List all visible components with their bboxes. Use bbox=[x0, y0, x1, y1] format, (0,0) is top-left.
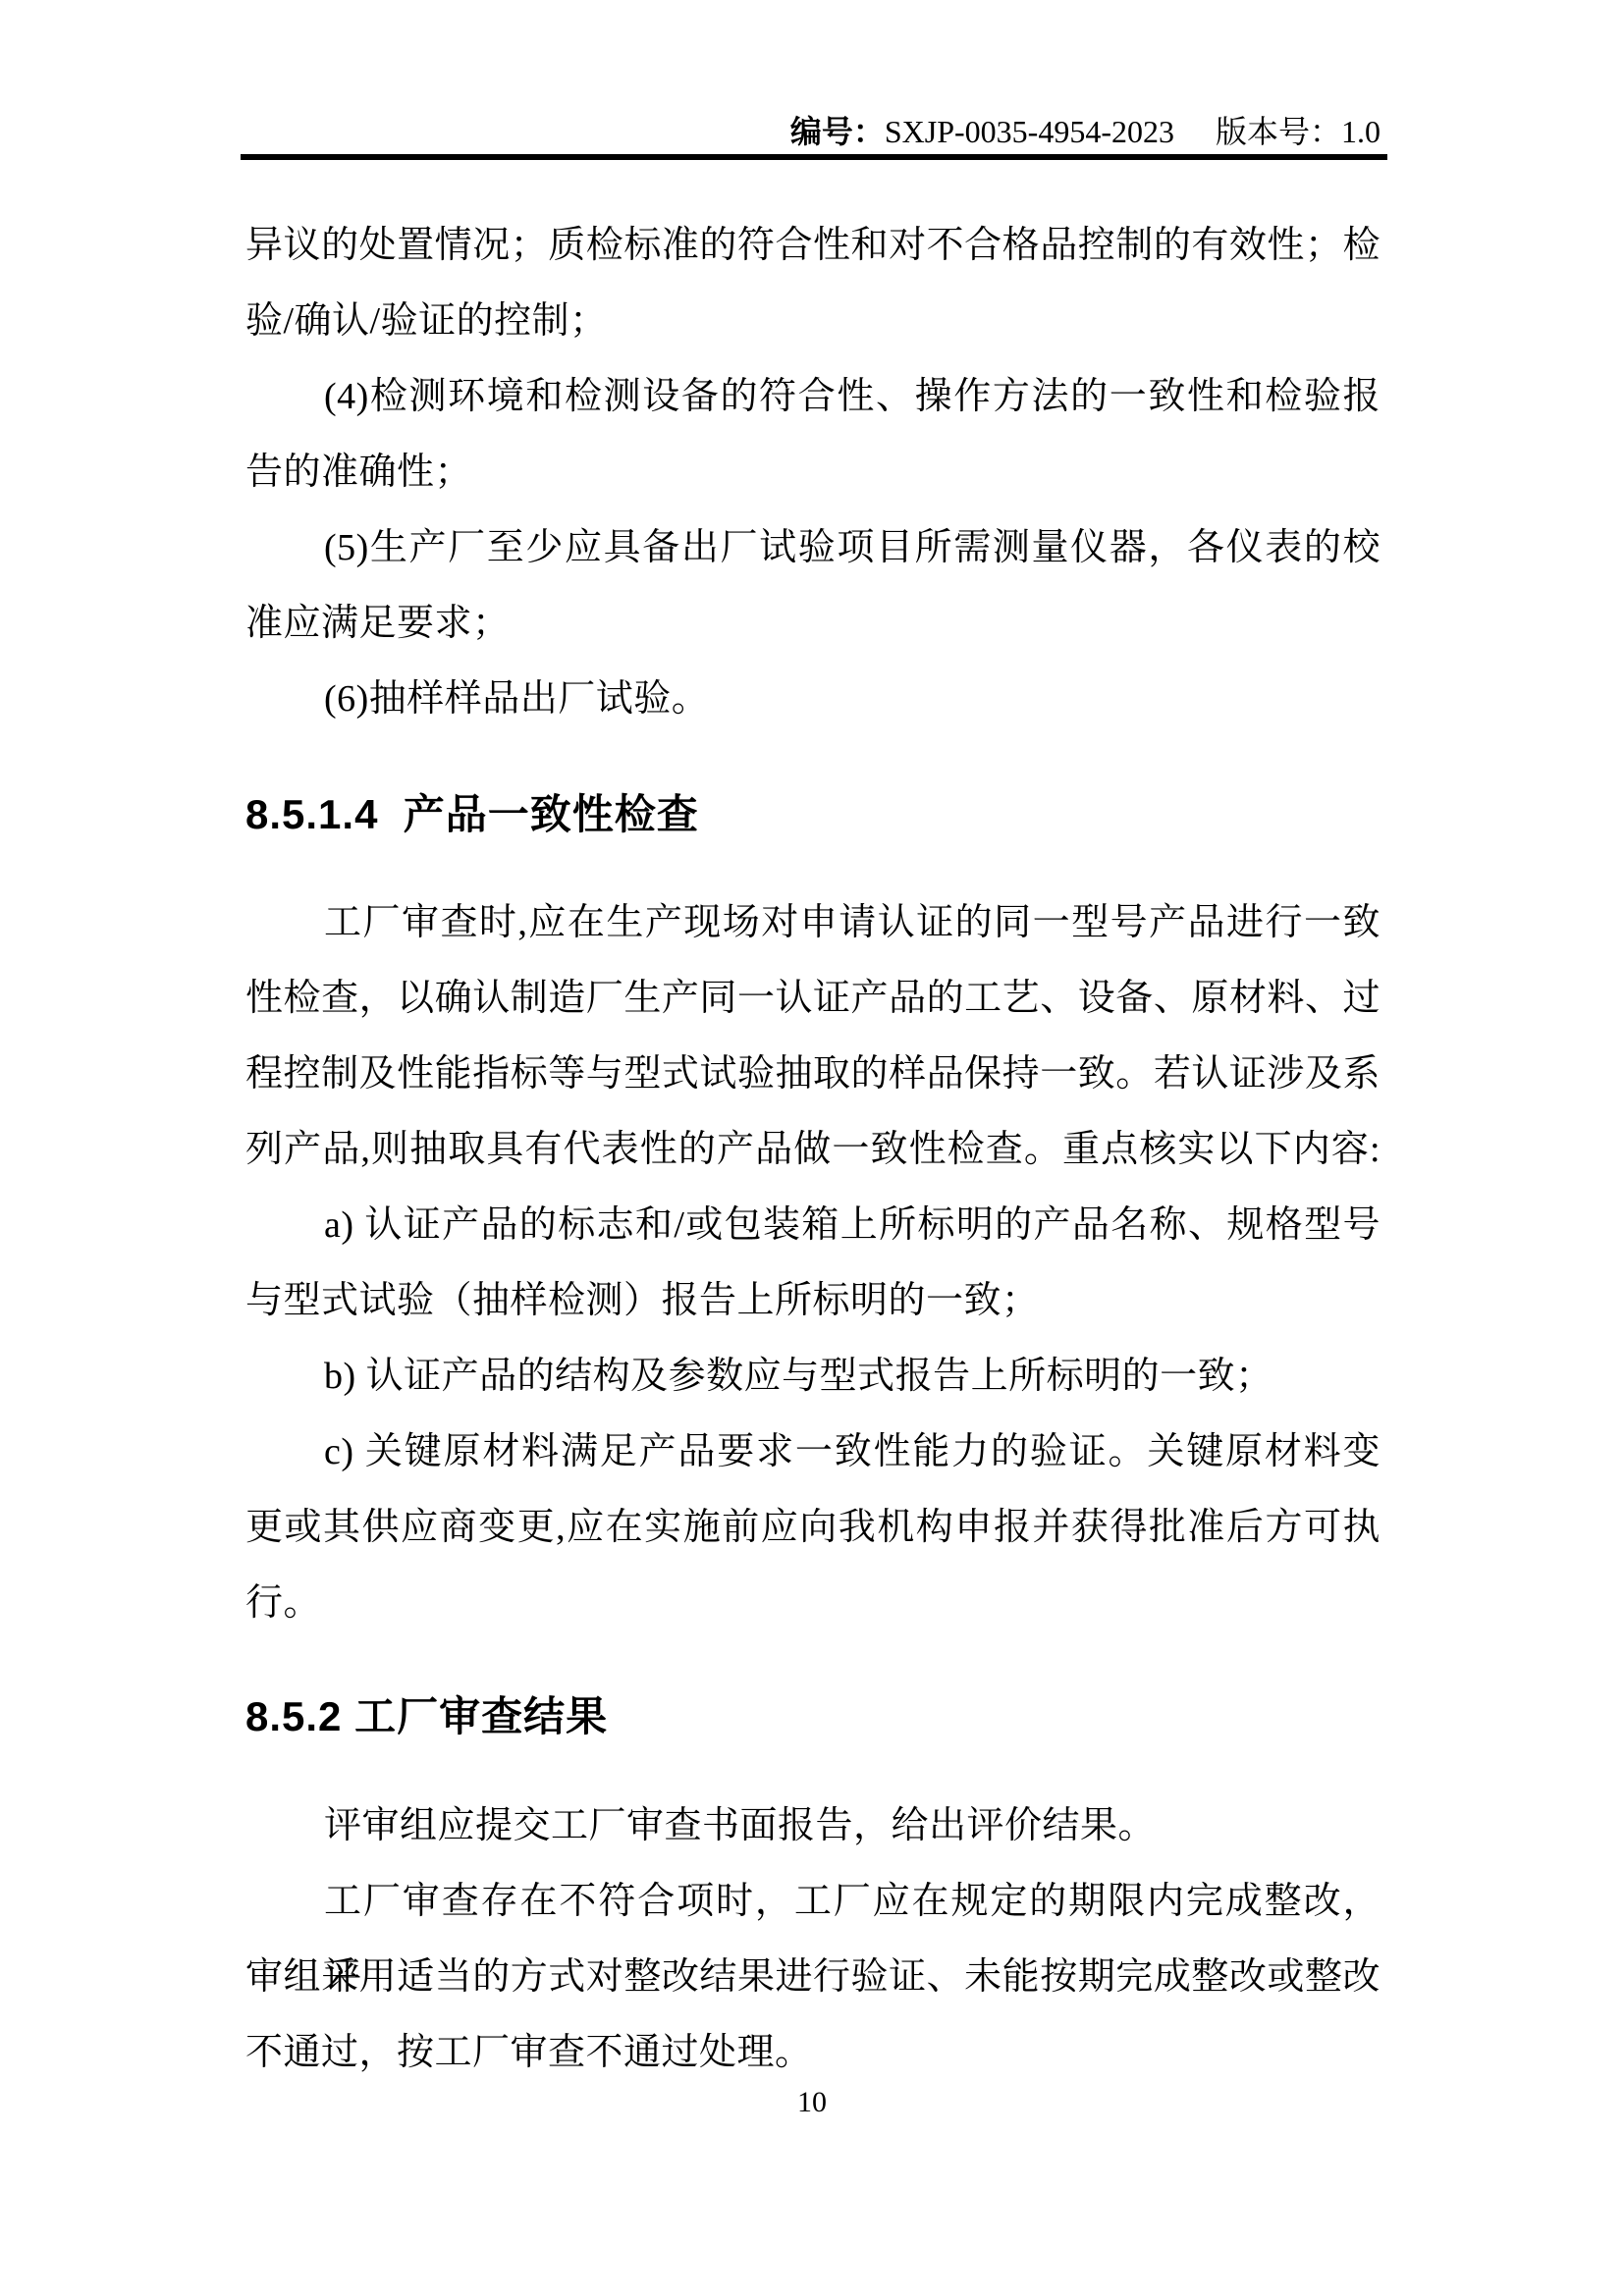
text-line: 准应满足要求； bbox=[245, 586, 1380, 662]
text-line: (4)检测环境和检测设备的符合性、操作方法的一致性和检验报 bbox=[245, 359, 1380, 435]
document-header: 编号：SXJP-0035-4954-2023版本号：1.0 bbox=[0, 114, 1380, 149]
text-line: 更或其供应商变更,应在实施前应向我机构申报并获得批准后方可执 bbox=[245, 1490, 1380, 1566]
text-line: c) 关键原材料满足产品要求一致性能力的验证。关键原材料变 bbox=[245, 1415, 1380, 1490]
text-line: b) 认证产品的结构及参数应与型式报告上所标明的一致； bbox=[245, 1339, 1380, 1415]
version-value: 1.0 bbox=[1341, 114, 1380, 149]
text-line: (5)生产厂至少应具备出厂试验项目所需测量仪器，各仪表的校 bbox=[245, 510, 1380, 586]
section-heading-8-5-1-4: 8.5.1.4 产品一致性检查 bbox=[245, 776, 1380, 852]
text-line: 验/确认/验证的控制； bbox=[245, 284, 1380, 359]
text-line: 不通过，按工厂审查不通过处理。 bbox=[245, 2015, 1380, 2091]
text-line: 工厂审查时,应在生产现场对申请认证的同一型号产品进行一致 bbox=[245, 885, 1380, 961]
text-line: 评审组应提交工厂审查书面报告，给出评价结果。 bbox=[245, 1789, 1380, 1864]
text-line: 与型式试验（抽样检测）报告上所标明的一致； bbox=[245, 1263, 1380, 1339]
text-line: 审组采用适当的方式对整改结果进行验证、未能按期完成整改或整改 bbox=[245, 1940, 1380, 2015]
document-page: 编号：SXJP-0035-4954-2023版本号：1.0 异议的处置情况；质检… bbox=[0, 0, 1624, 2296]
page-number: 10 bbox=[0, 2083, 1624, 2122]
text-line: 程控制及性能指标等与型式试验抽取的样品保持一致。若认证涉及系 bbox=[245, 1037, 1380, 1112]
text-line: 工厂审查存在不符合项时，工厂应在规定的期限内完成整改，评 bbox=[245, 1864, 1380, 1940]
version-label: 版本号： bbox=[1216, 114, 1341, 149]
text-line: 告的准确性； bbox=[245, 435, 1380, 510]
doc-number-value: SXJP-0035-4954-2023 bbox=[885, 114, 1174, 149]
text-line: (6)抽样样品出厂试验。 bbox=[245, 662, 1380, 737]
text-line: a) 认证产品的标志和/或包装箱上所标明的产品名称、规格型号 bbox=[245, 1188, 1380, 1263]
document-body: 异议的处置情况；质检标准的符合性和对不合格品控制的有效性；检 验/确认/验证的控… bbox=[245, 208, 1380, 2091]
header-divider-rule bbox=[241, 154, 1387, 160]
section-heading-8-5-2: 8.5.2 工厂审查结果 bbox=[245, 1679, 1380, 1754]
text-line: 行。 bbox=[245, 1566, 1380, 1641]
text-line: 异议的处置情况；质检标准的符合性和对不合格品控制的有效性；检 bbox=[245, 208, 1380, 284]
doc-number-label: 编号： bbox=[790, 114, 885, 149]
text-line: 性检查，以确认制造厂生产同一认证产品的工艺、设备、原材料、过 bbox=[245, 961, 1380, 1037]
text-line: 列产品,则抽取具有代表性的产品做一致性检查。重点核实以下内容: bbox=[245, 1112, 1380, 1188]
